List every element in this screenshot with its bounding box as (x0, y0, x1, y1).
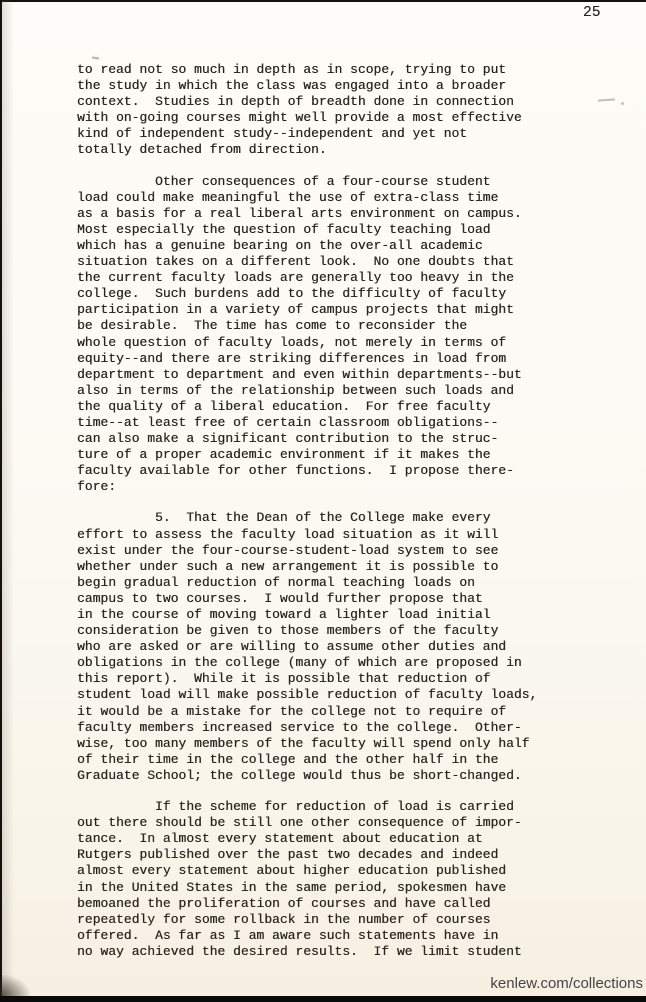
paragraph-other-consequences: Other consequences of a four-course stud… (77, 174, 577, 496)
pencil-mark (598, 98, 615, 101)
pencil-dot (621, 102, 624, 105)
scan-edge-bottom (0, 996, 646, 1002)
paragraph-scheme-reduction: If the scheme for reduction of load is c… (77, 799, 577, 960)
scan-edge-top (0, 0, 646, 2)
scan-artifact-mark (92, 57, 99, 60)
document-body: to read not so much in depth as in scope… (77, 62, 577, 975)
watermark: kenlew.com/collections (490, 975, 643, 992)
scan-edge-left-shadow (2, 0, 14, 1002)
scan-corner-smudge (0, 975, 30, 997)
paragraph-continuation: to read not so much in depth as in scope… (77, 62, 577, 159)
scanned-document-page: 25 to read not so much in depth as in sc… (0, 0, 646, 1002)
paragraph-proposal-5: 5. That the Dean of the College make eve… (77, 510, 577, 784)
page-number: 25 (583, 5, 600, 21)
